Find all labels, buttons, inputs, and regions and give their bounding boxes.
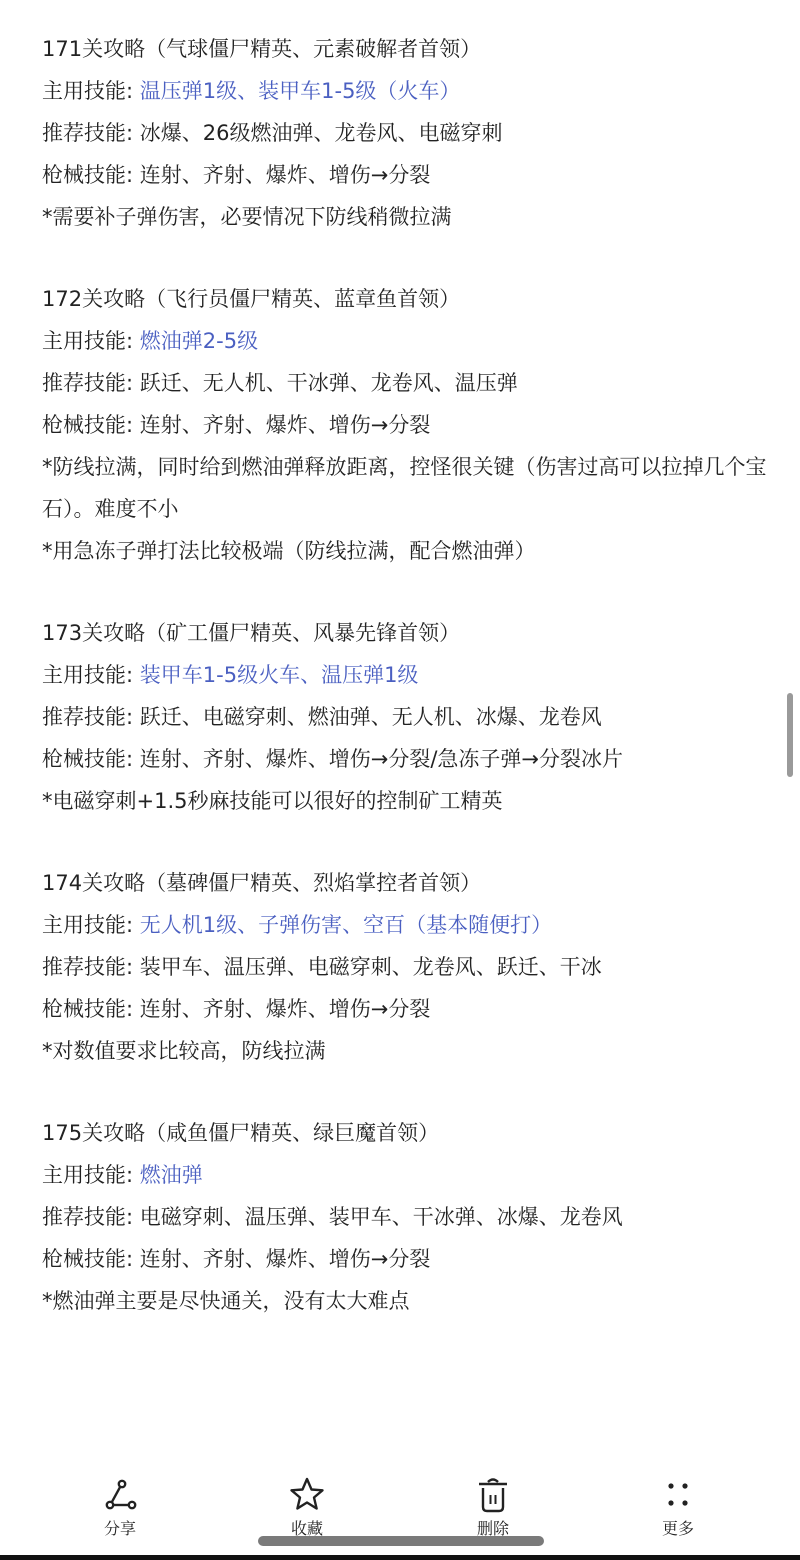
- note-line: *燃油弹主要是尽快通关，没有太大难点: [42, 1280, 772, 1322]
- star-icon: [287, 1475, 327, 1515]
- delete-button[interactable]: 删除: [433, 1475, 553, 1539]
- main-skill-label: 主用技能:: [42, 1163, 140, 1187]
- main-skill-label: 主用技能:: [42, 79, 140, 103]
- main-skill-value: 无人机1级、子弹伤害、空百（基本随便打）: [140, 913, 552, 937]
- gun-skill-line: 枪械技能: 连射、齐射、爆炸、增伤→分裂: [42, 154, 772, 196]
- recommend-skill-line: 推荐技能: 电磁穿刺、温压弹、装甲车、干冰弹、冰爆、龙卷风: [42, 1196, 772, 1238]
- note-line: *对数值要求比较高，防线拉满: [42, 1030, 772, 1072]
- recommend-skill-line: 推荐技能: 跃迁、无人机、干冰弹、龙卷风、温压弹: [42, 362, 772, 404]
- home-indicator[interactable]: [258, 1536, 544, 1546]
- main-skill-line: 主用技能: 无人机1级、子弹伤害、空百（基本随便打）: [42, 904, 772, 946]
- vertical-scrollbar[interactable]: [787, 693, 793, 777]
- gun-skill-line: 枪械技能: 连射、齐射、爆炸、增伤→分裂: [42, 988, 772, 1030]
- recommend-skill-line: 推荐技能: 装甲车、温压弹、电磁穿刺、龙卷风、跃迁、干冰: [42, 946, 772, 988]
- screen-bottom-edge: [0, 1555, 800, 1560]
- main-skill-label: 主用技能:: [42, 663, 140, 687]
- main-skill-line: 主用技能: 燃油弹: [42, 1154, 772, 1196]
- section-title: 173关攻略（矿工僵尸精英、风暴先锋首领）: [42, 612, 772, 654]
- gun-skill-line: 枪械技能: 连射、齐射、爆炸、增伤→分裂: [42, 404, 772, 446]
- section-title: 175关攻略（咸鱼僵尸精英、绿巨魔首领）: [42, 1112, 772, 1154]
- gun-skill-line: 枪械技能: 连射、齐射、爆炸、增伤→分裂: [42, 1238, 772, 1280]
- main-skill-value: 燃油弹: [140, 1163, 203, 1187]
- more-label: 更多: [618, 1519, 738, 1539]
- trash-icon: [473, 1475, 513, 1515]
- main-skill-value: 温压弹1级、装甲车1-5级（火车）: [140, 79, 461, 103]
- section-title: 171关攻略（气球僵尸精英、元素破解者首领）: [42, 28, 772, 70]
- main-skill-line: 主用技能: 温压弹1级、装甲车1-5级（火车）: [42, 70, 772, 112]
- gun-skill-line: 枪械技能: 连射、齐射、爆炸、增伤→分裂/急冻子弹→分裂冰片: [42, 738, 772, 780]
- more-button[interactable]: 更多: [618, 1475, 738, 1539]
- note-line: *用急冻子弹打法比较极端（防线拉满，配合燃油弹）: [42, 530, 772, 572]
- note-content: 171关攻略（气球僵尸精英、元素破解者首领） 主用技能: 温压弹1级、装甲车1-…: [42, 28, 772, 1362]
- recommend-skill-line: 推荐技能: 跃迁、电磁穿刺、燃油弹、无人机、冰爆、龙卷风: [42, 696, 772, 738]
- main-skill-value: 燃油弹2-5级: [140, 329, 258, 353]
- section-title: 172关攻略（飞行员僵尸精英、蓝章鱼首领）: [42, 278, 772, 320]
- share-icon: [100, 1475, 140, 1515]
- level-171-section: 171关攻略（气球僵尸精英、元素破解者首领） 主用技能: 温压弹1级、装甲车1-…: [42, 28, 772, 238]
- note-line: *需要补子弹伤害，必要情况下防线稍微拉满: [42, 196, 772, 238]
- share-label: 分享: [60, 1519, 180, 1539]
- level-173-section: 173关攻略（矿工僵尸精英、风暴先锋首领） 主用技能: 装甲车1-5级火车、温压…: [42, 612, 772, 822]
- main-skill-label: 主用技能:: [42, 329, 140, 353]
- level-172-section: 172关攻略（飞行员僵尸精英、蓝章鱼首领） 主用技能: 燃油弹2-5级 推荐技能…: [42, 278, 772, 572]
- main-skill-value: 装甲车1-5级火车、温压弹1级: [140, 663, 419, 687]
- note-line: *防线拉满，同时给到燃油弹释放距离，控怪很关键（伤害过高可以拉掉几个宝石）。难度…: [42, 446, 772, 530]
- main-skill-line: 主用技能: 燃油弹2-5级: [42, 320, 772, 362]
- main-skill-label: 主用技能:: [42, 913, 140, 937]
- favorite-button[interactable]: 收藏: [247, 1475, 367, 1539]
- recommend-skill-line: 推荐技能: 冰爆、26级燃油弹、龙卷风、电磁穿刺: [42, 112, 772, 154]
- more-icon: [658, 1475, 698, 1515]
- section-title: 174关攻略（墓碑僵尸精英、烈焰掌控者首领）: [42, 862, 772, 904]
- main-skill-line: 主用技能: 装甲车1-5级火车、温压弹1级: [42, 654, 772, 696]
- note-line: *电磁穿刺+1.5秒麻技能可以很好的控制矿工精英: [42, 780, 772, 822]
- level-175-section: 175关攻略（咸鱼僵尸精英、绿巨魔首领） 主用技能: 燃油弹 推荐技能: 电磁穿…: [42, 1112, 772, 1322]
- level-174-section: 174关攻略（墓碑僵尸精英、烈焰掌控者首领） 主用技能: 无人机1级、子弹伤害、…: [42, 862, 772, 1072]
- share-button[interactable]: 分享: [60, 1475, 180, 1539]
